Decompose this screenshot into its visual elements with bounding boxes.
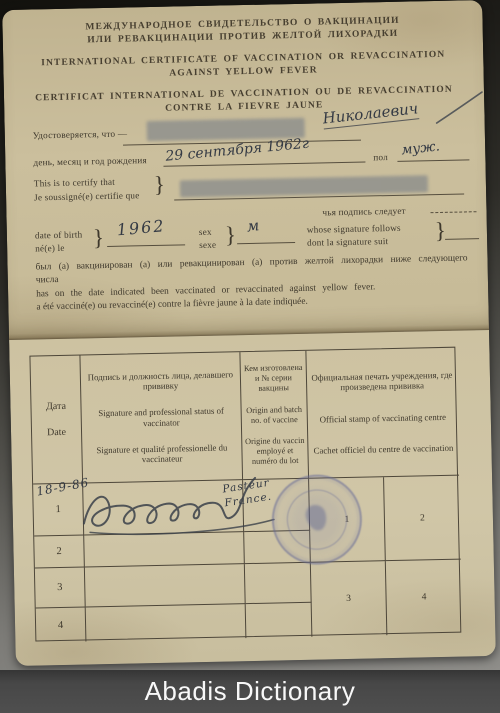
vaccination-certificate: МЕЖДУНАРОДНОЕ СВИДЕТЕЛЬСТВО О ВАКЦИНАЦИИ… — [2, 0, 496, 666]
header-origin: Кем изготовлена и № серии вакцины Origin… — [240, 351, 309, 480]
certify-label-fr: Je soussigné(e) certifie que — [34, 190, 140, 203]
header-date-ru: Дата — [46, 400, 66, 412]
date-cell-4: 4 — [36, 607, 87, 642]
sex-ru-underline — [397, 159, 469, 162]
certify-label-ru: Удостоверяется, что — — [33, 129, 128, 142]
signature-cell-4 — [86, 604, 247, 641]
stamp-cell-number-4: 4 — [422, 592, 427, 602]
date-cell-3: 3 — [35, 567, 86, 608]
signature-cell-3 — [85, 564, 246, 607]
sex-label-ru: пол — [373, 152, 388, 163]
row-number-2: 2 — [56, 546, 61, 557]
stamp-cell-3: 3 — [311, 561, 388, 637]
signature-follows-label-ru: чья подпись следует — [322, 206, 406, 219]
certificate-lower-page: Дата Date Подпись и должность лица, дела… — [9, 330, 496, 666]
certify-label-en: This is to certify that — [34, 177, 115, 190]
dob-label-en: date of birth — [35, 229, 83, 241]
header-signature-ru: Подпись и должность лица, делавшего прив… — [83, 369, 238, 393]
header-signature-en: Signature and professional status of vac… — [84, 405, 239, 429]
stamp-cell-number-2: 2 — [420, 513, 425, 523]
caption-text: Abadis Dictionary — [145, 676, 356, 707]
row-number-3: 3 — [57, 582, 62, 593]
sex-underline — [237, 242, 295, 244]
stamp-cell-4: 4 — [386, 560, 463, 636]
birth-date-underline — [163, 162, 365, 167]
pen-flourish — [434, 90, 485, 125]
origin-cell-4 — [246, 603, 313, 638]
header-origin-fr: Origine du vaccin employé et numéro du l… — [244, 436, 306, 467]
header-stamp-ru: Официальная печать учреждения, где произ… — [309, 369, 455, 393]
sex-handwriting-ru: муж. — [400, 138, 440, 158]
sex-label-en: sex — [199, 227, 212, 238]
photo-backdrop: МЕЖДУНАРОДНОЕ СВИДЕТЕЛЬСТВО О ВАКЦИНАЦИИ… — [0, 0, 500, 670]
header-date: Дата Date — [30, 356, 83, 485]
signature-follows-label-fr: dont la signature suit — [307, 236, 388, 249]
vaccination-table: Дата Date Подпись и должность лица, дела… — [29, 347, 461, 642]
birth-date-label-ru: день, месяц и год рождения — [33, 155, 147, 168]
sex-brace: } — [225, 223, 237, 247]
caption-bar: Abadis Dictionary — [0, 670, 500, 713]
header-origin-ru: Кем изготовлена и № серии вакцины — [243, 363, 305, 394]
certify-brace: } — [154, 173, 166, 197]
dob-value-handwriting: 1962 — [116, 216, 166, 239]
row-number-4: 4 — [58, 619, 63, 630]
header-stamp: Официальная печать учреждения, где произ… — [306, 348, 459, 479]
date-cell-2: 2 — [34, 535, 85, 568]
dob-brace: } — [93, 226, 105, 250]
dob-underline — [107, 244, 185, 247]
header-origin-en: Origin and batch no. of vaccine — [244, 404, 305, 425]
header-stamp-en: Official stamp of vaccinating centre — [320, 411, 447, 424]
stamp-cell-2: 2 — [384, 476, 461, 562]
signature-follows-ru-line — [431, 211, 477, 213]
header-date-en: Date — [47, 426, 66, 438]
signature-follows-label-en: whose signature follows — [307, 223, 401, 236]
header-stamp-fr: Cachet officiel du centre de vaccination — [313, 442, 453, 455]
stamp-cell-number-3: 3 — [346, 594, 351, 604]
row-number-1: 1 — [55, 504, 60, 515]
sex-label-fr: sexe — [199, 240, 216, 251]
sex-value-handwriting: м — [246, 216, 261, 235]
origin-cell-3 — [245, 563, 312, 604]
header-signature: Подпись и должность лица, делавшего прив… — [80, 352, 243, 483]
header-signature-fr: Signature et qualité professionelle du v… — [84, 442, 239, 466]
signature-underline — [445, 238, 479, 240]
dob-label-fr: né(e) le — [35, 243, 65, 255]
screenshot: МЕЖДУНАРОДНОЕ СВИДЕТЕЛЬСТВО О ВАКЦИНАЦИИ… — [0, 0, 500, 713]
certificate-upper-page: МЕЖДУНАРОДНОЕ СВИДЕТЕЛЬСТВО О ВАКЦИНАЦИИ… — [2, 0, 489, 340]
